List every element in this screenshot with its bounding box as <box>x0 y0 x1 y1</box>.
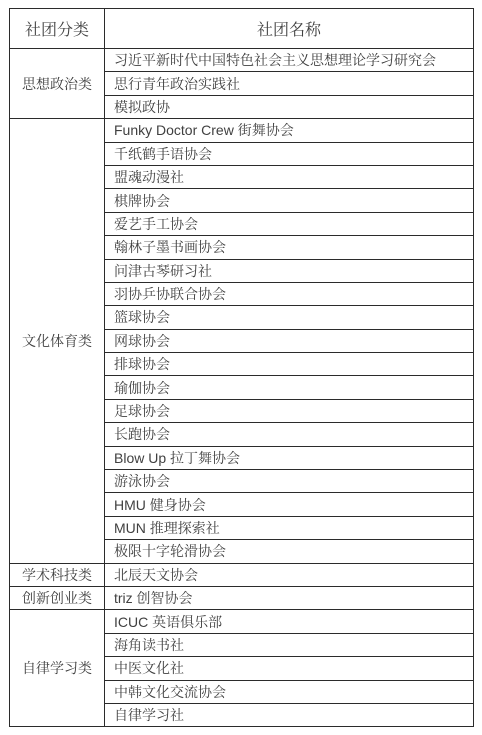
club-name-cell: 自律学习社 <box>105 703 474 726</box>
club-name-cell: 习近平新时代中国特色社会主义思想理论学习研究会 <box>105 49 474 72</box>
club-name-cell: Blow Up 拉丁舞协会 <box>105 446 474 469</box>
category-cell: 学术科技类 <box>10 563 105 586</box>
club-table: 社团分类 社团名称 思想政治类习近平新时代中国特色社会主义思想理论学习研究会思行… <box>9 8 474 727</box>
club-name-cell: 问津古琴研习社 <box>105 259 474 282</box>
club-table-body: 思想政治类习近平新时代中国特色社会主义思想理论学习研究会思行青年政治实践社模拟政… <box>10 49 474 727</box>
category-cell: 创新创业类 <box>10 586 105 609</box>
club-name-cell: 网球协会 <box>105 329 474 352</box>
table-row: 思想政治类习近平新时代中国特色社会主义思想理论学习研究会 <box>10 49 474 72</box>
club-name-cell: 排球协会 <box>105 353 474 376</box>
table-row: 文化体育类Funky Doctor Crew 街舞协会 <box>10 119 474 142</box>
club-name-cell: 棋牌协会 <box>105 189 474 212</box>
table-row: 创新创业类triz 创智协会 <box>10 586 474 609</box>
table-row: 学术科技类北辰天文协会 <box>10 563 474 586</box>
club-name-cell: 千纸鹤手语协会 <box>105 142 474 165</box>
club-name-cell: 中医文化社 <box>105 657 474 680</box>
club-name-cell: 瑜伽协会 <box>105 376 474 399</box>
club-table-header: 社团分类 社团名称 <box>10 9 474 49</box>
document-page: 社团分类 社团名称 思想政治类习近平新时代中国特色社会主义思想理论学习研究会思行… <box>0 0 482 735</box>
club-name-cell: 极限十字轮滑协会 <box>105 540 474 563</box>
club-name-cell: 篮球协会 <box>105 306 474 329</box>
table-row: 自律学习类ICUC 英语俱乐部 <box>10 610 474 633</box>
club-name-cell: 北辰天文协会 <box>105 563 474 586</box>
club-name-cell: 中韩文化交流协会 <box>105 680 474 703</box>
club-name-cell: 翰林子墨书画协会 <box>105 236 474 259</box>
club-name-cell: 模拟政协 <box>105 95 474 118</box>
club-name-cell: 游泳协会 <box>105 470 474 493</box>
club-name-cell: triz 创智协会 <box>105 586 474 609</box>
header-club-name: 社团名称 <box>105 9 474 49</box>
category-cell: 思想政治类 <box>10 49 105 119</box>
club-name-cell: 长跑协会 <box>105 423 474 446</box>
club-name-cell: 足球协会 <box>105 399 474 422</box>
category-cell: 自律学习类 <box>10 610 105 727</box>
club-name-cell: 爱艺手工协会 <box>105 212 474 235</box>
club-name-cell: 思行青年政治实践社 <box>105 72 474 95</box>
category-cell: 文化体育类 <box>10 119 105 563</box>
club-name-cell: HMU 健身协会 <box>105 493 474 516</box>
club-name-cell: MUN 推理探索社 <box>105 516 474 539</box>
club-name-cell: 盟魂动漫社 <box>105 165 474 188</box>
club-name-cell: ICUC 英语俱乐部 <box>105 610 474 633</box>
header-row: 社团分类 社团名称 <box>10 9 474 49</box>
header-category: 社团分类 <box>10 9 105 49</box>
club-name-cell: Funky Doctor Crew 街舞协会 <box>105 119 474 142</box>
club-name-cell: 羽协乒协联合协会 <box>105 282 474 305</box>
club-name-cell: 海角读书社 <box>105 633 474 656</box>
